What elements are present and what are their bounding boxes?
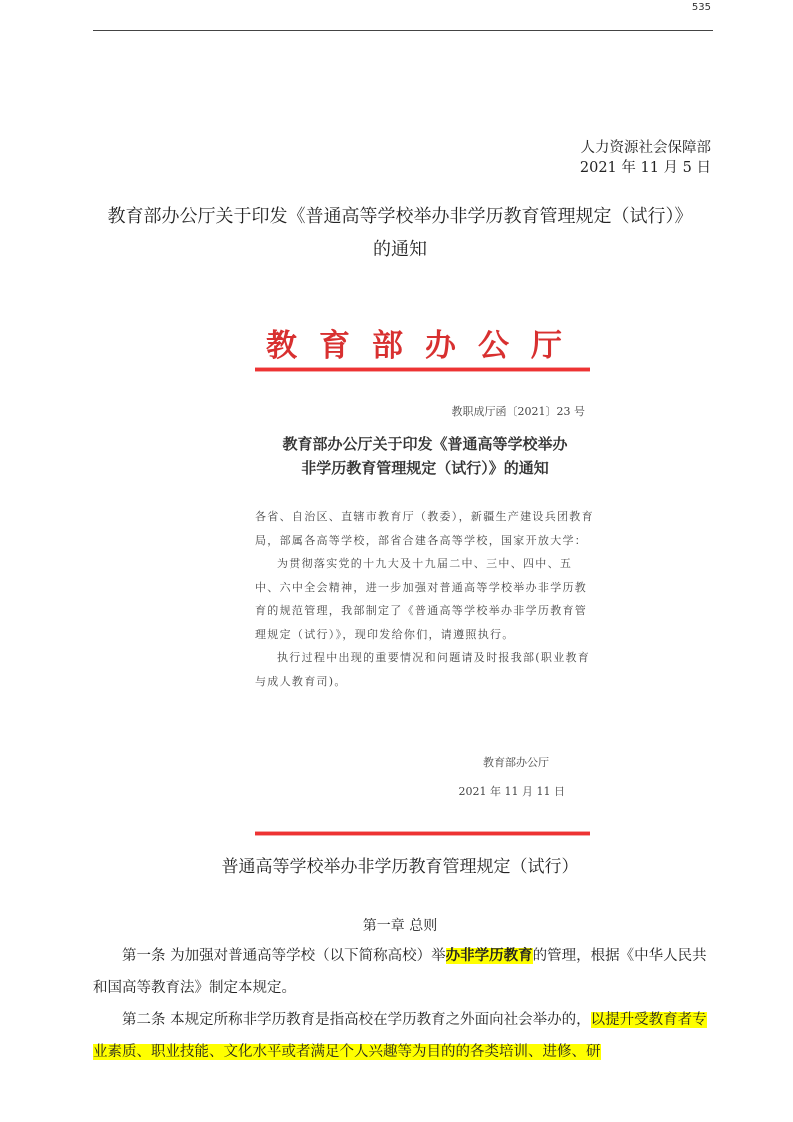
- signature-org: 人力资源社会保障部: [580, 138, 711, 158]
- document-number: 教职成厅函〔2021〕23 号: [452, 403, 586, 419]
- footer-red-rule: [255, 832, 590, 835]
- article-2-text: 第二条 本规定所称非学历教育是指高校在学历教育之外面向社会举办的，: [122, 1012, 591, 1028]
- document-title: 教育部办公厅关于印发《普通高等学校举办非学历教育管理规定（试行）》 的通知: [80, 200, 720, 266]
- signature-date: 2021 年 11 月 5 日: [580, 158, 711, 178]
- article-1: 第一条 为加强对普通高等学校（以下简称高校）举办非学历教育的管理，根据《中华人民…: [93, 940, 713, 1004]
- scanned-signature: 教育部办公厅 2021 年 11 月 11 日: [459, 748, 565, 806]
- scanned-sign-date: 2021 年 11 月 11 日: [459, 777, 565, 806]
- scanned-title-line-1: 教育部办公厅关于印发《普通高等学校举办: [245, 432, 605, 456]
- scanned-paragraph-2: 执行过程中出现的重要情况和问题请及时报我部(职业教育与成人教育司)。: [255, 646, 595, 693]
- scanned-body: 各省、自治区、直辖市教育厅（教委），新疆生产建设兵团教育局，部属各高等学校，部省…: [255, 505, 595, 693]
- addressee: 各省、自治区、直辖市教育厅（教委），新疆生产建设兵团教育局，部属各高等学校，部省…: [255, 505, 595, 552]
- title-line-2: 的通知: [80, 233, 720, 266]
- scanned-title: 教育部办公厅关于印发《普通高等学校举办 非学历教育管理规定（试行）》的通知: [245, 432, 605, 480]
- page-number: 535: [692, 2, 711, 13]
- chapter-heading: 第一章 总则: [80, 915, 720, 935]
- header-rule: [93, 30, 713, 31]
- signature-block: 人力资源社会保障部 2021 年 11 月 5 日: [580, 138, 711, 178]
- letterhead-red-rule: [255, 368, 590, 371]
- letterhead: 教育部办公厅: [245, 320, 605, 365]
- scanned-notice-image: 教育部办公厅 教职成厅函〔2021〕23 号 教育部办公厅关于印发《普通高等学校…: [245, 300, 605, 845]
- scanned-sign-org: 教育部办公厅: [459, 748, 549, 777]
- article-1-text: 第一条 为加强对普通高等学校（以下简称高校）举: [122, 948, 446, 964]
- scanned-title-line-2: 非学历教育管理规定（试行）》的通知: [245, 456, 605, 480]
- scanned-paragraph-1: 为贯彻落实党的十九大及十九届二中、三中、四中、五中、六中全会精神，进一步加强对普…: [255, 552, 595, 646]
- regulation-title: 普通高等学校举办非学历教育管理规定（试行）: [80, 852, 720, 877]
- article-1-highlight: 办非学历教育: [446, 948, 533, 964]
- article-2: 第二条 本规定所称非学历教育是指高校在学历教育之外面向社会举办的，以提升受教育者…: [93, 1004, 713, 1068]
- title-line-1: 教育部办公厅关于印发《普通高等学校举办非学历教育管理规定（试行）》: [80, 200, 720, 233]
